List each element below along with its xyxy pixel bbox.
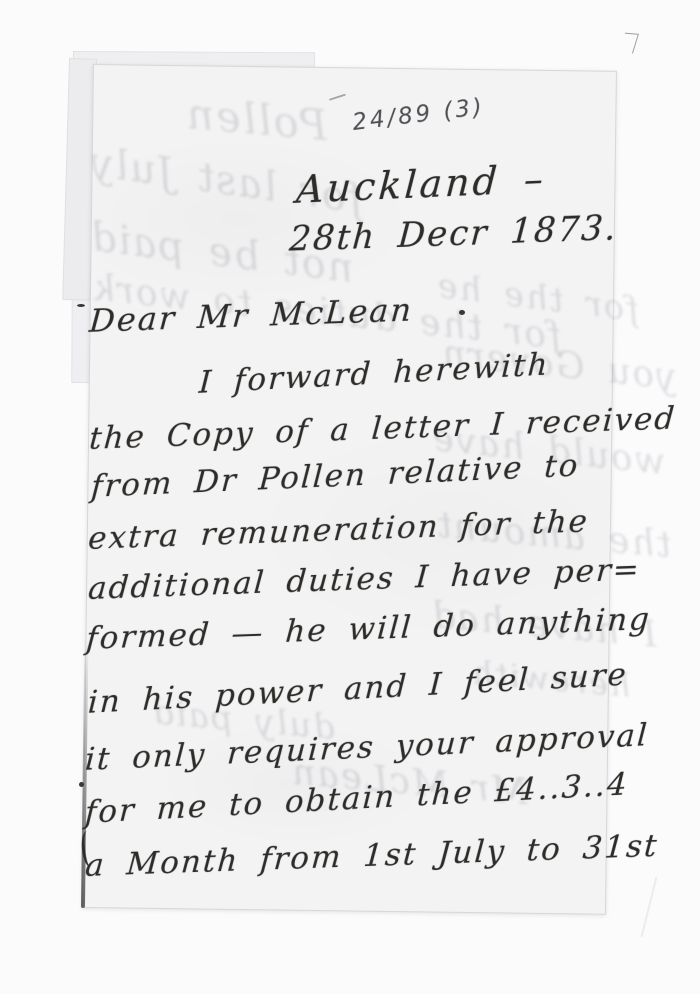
- ink-flourish-mark: [80, 830, 97, 867]
- bleedthrough-line: Pollen: [183, 89, 329, 150]
- archival-annotation: 24/89 (3): [351, 94, 486, 136]
- body-line-10: a Month from 1st July to 31st: [84, 828, 660, 884]
- handwriting-layer: Pollen for last July not be paid for the…: [0, 0, 700, 994]
- ink-speck: [77, 304, 85, 307]
- scratch-mark: [641, 877, 658, 938]
- body-line-6: formed — he will do anything: [85, 601, 652, 657]
- pencil-tick-mark: [329, 94, 348, 108]
- pencil-corner-mark: [619, 33, 639, 54]
- ink-speck: [459, 310, 465, 315]
- body-line-5: additional duties I have per=: [87, 552, 642, 607]
- scanned-letter-page: Pollen for last July not be paid for the…: [0, 0, 700, 994]
- ink-speck: [79, 782, 84, 787]
- body-line-1: I forward herewith: [198, 346, 550, 401]
- place-line: Auckland –: [295, 157, 547, 212]
- body-line-3: from Dr Pollen relative to: [90, 448, 581, 505]
- body-line-7: in his power and I feel sure: [87, 657, 629, 721]
